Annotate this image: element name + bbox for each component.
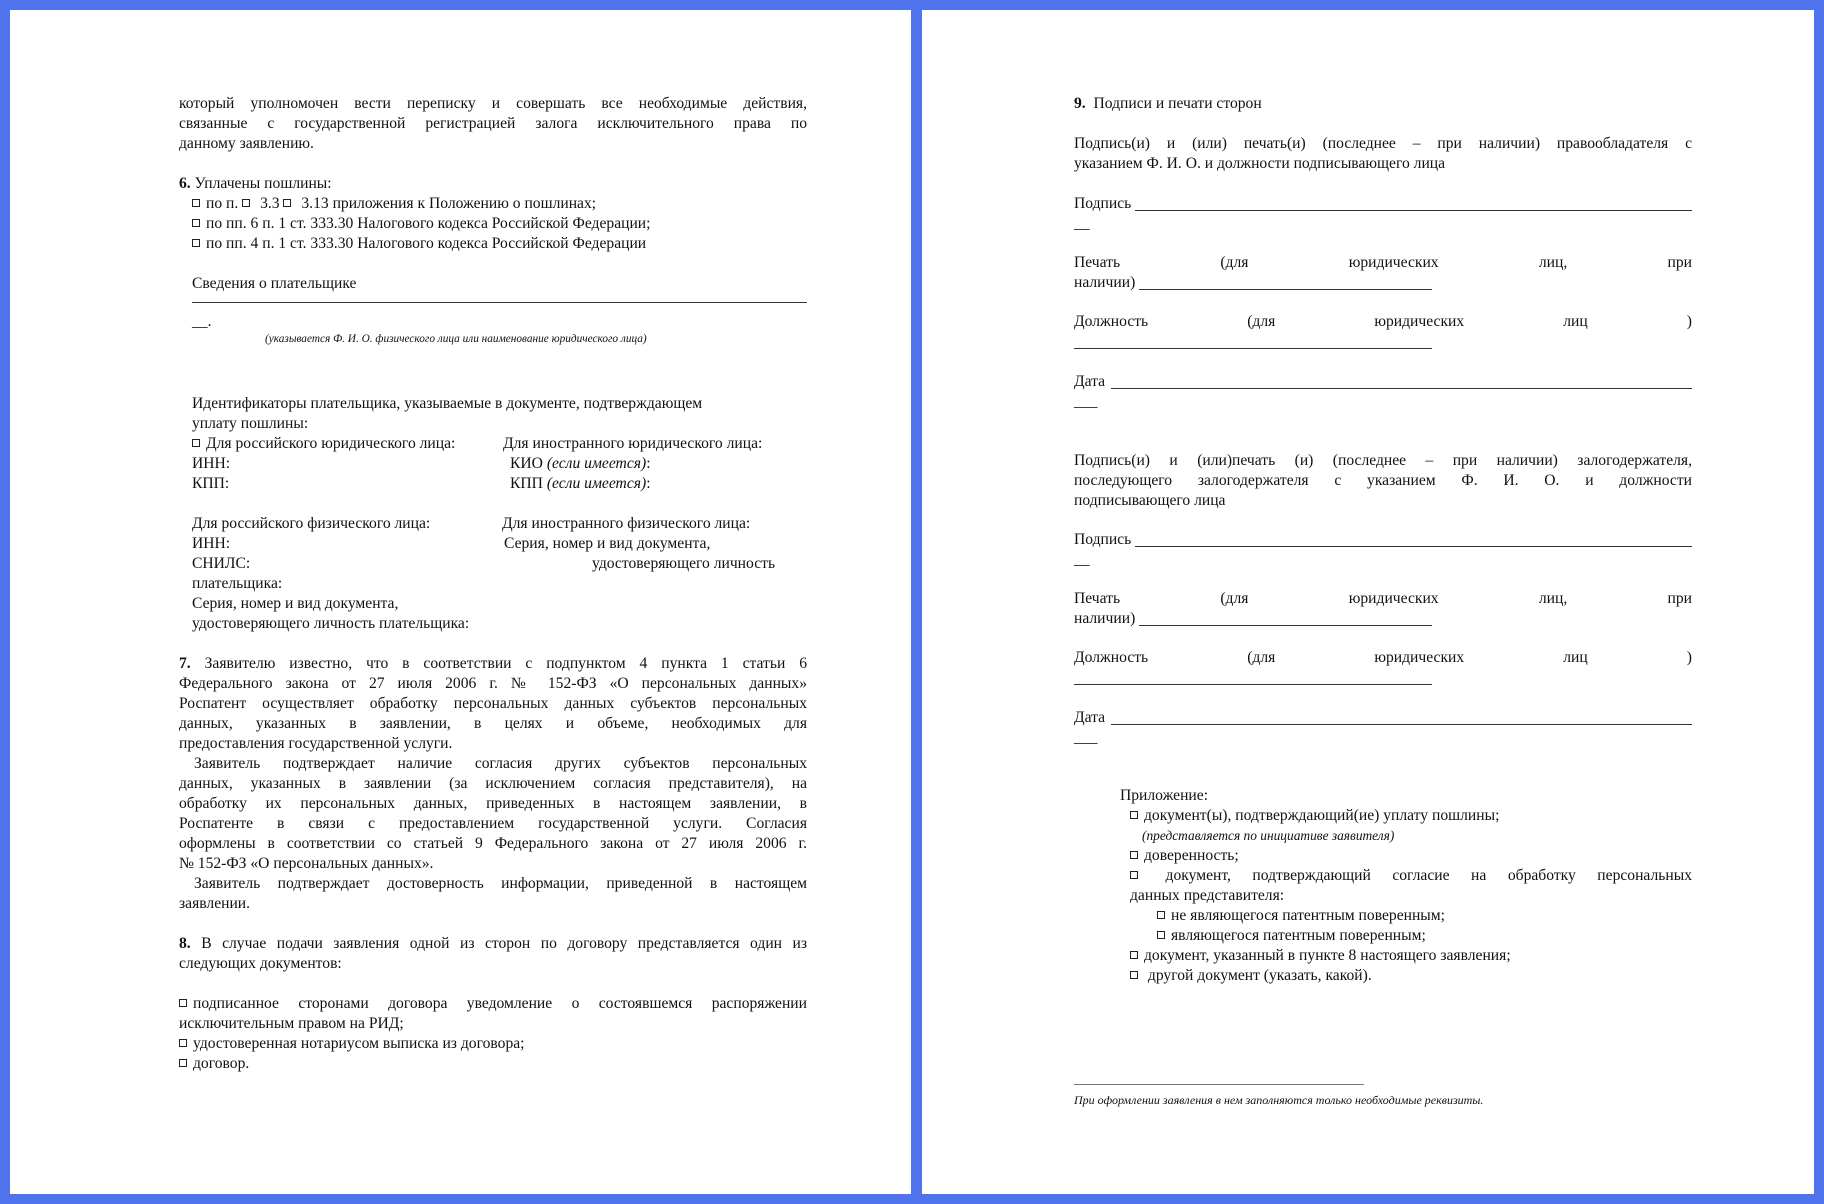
word: юридических [1374,312,1464,332]
checkbox[interactable] [283,199,291,207]
section7-line: данных, указанных в заявлении (за исключ… [179,774,807,794]
section8-item: удостоверенная нотариусом выписка из дог… [179,1034,525,1054]
intro-line: данному заявлению. [179,134,314,154]
section7-line: оформлены в соответствии со статьей 9 Фе… [179,834,807,854]
fee-item: по пп. 6 п. 1 ст. 333.30 Налогового коде… [192,214,651,234]
ru-person-title: Для российского физического лица: [192,514,430,534]
holder-signature-field[interactable] [1135,210,1692,211]
section7-line: Роспатент осуществляет обработку персона… [179,694,807,714]
ru-person-snils: СНИЛС: [192,554,250,574]
section8-item: договор. [179,1054,249,1074]
ru-person-payer: плательщика: [192,574,282,594]
holder-stamp-field[interactable] [1139,289,1432,290]
holder-intro: указанием Ф. И. О. и должности подписыва… [1074,154,1445,174]
attachment-text: документ, подтверждающий согласие на обр… [1166,867,1692,884]
section8-line: 8. В случае подачи заявления одной из ст… [179,934,807,954]
fee-item-text: 3.13 приложения к Положению о пошлинах; [297,195,596,212]
identifiers-intro: уплату пошлины: [192,414,308,434]
word: лиц [1563,648,1587,668]
pledgee-date-field[interactable] [1111,724,1692,725]
checkbox[interactable] [192,439,200,447]
checkbox[interactable] [1130,951,1138,959]
foreign-legal-kpp: КПП (если имеется): [510,474,651,494]
section9-title: Подписи и печати сторон [1094,95,1262,112]
fee-item-text: 3.3 [256,195,283,212]
pledgee-position-line: Должность (для юридических лиц ) [1074,648,1692,668]
section7-line: Федерального закона от 27 июля 2006 г. №… [179,674,807,694]
ru-legal-title-text: Для российского юридического лица: [206,435,455,452]
section7-line: № 152-ФЗ «О персональных данных». [179,854,433,874]
section7-line: Заявитель подтверждает наличие согласия … [194,754,807,774]
pledgee-date-tail: ___ [1074,728,1097,748]
foreign-person-title: Для иностранного физического лица: [502,514,750,534]
word: (для [1220,253,1248,273]
checkbox[interactable] [179,1039,187,1047]
pledgee-intro: подписывающего лица [1074,491,1225,511]
payer-info-label: Сведения о плательщике [192,274,356,294]
checkbox[interactable] [242,199,250,207]
pledgee-signature-tail: __ [1074,550,1090,570]
section8-number: 8. [179,935,191,952]
attachments-title: Приложение: [1120,786,1208,806]
attachment-note: (представляется по инициативе заявителя) [1142,826,1394,846]
section7-line: данных, указанных в заявлении, в целях и… [179,714,807,734]
field-suffix: : [646,475,650,492]
ru-person-inn: ИНН: [192,534,230,554]
foreign-legal-title: Для иностранного юридического лица: [503,434,762,454]
payer-name-tail: __. [192,312,212,332]
word: юридических [1349,589,1439,609]
attachment-subitem-text: являющегося патентным поверенным; [1171,927,1426,944]
section8-item-text: договор. [193,1055,249,1072]
checkbox[interactable] [1130,871,1138,879]
attachment-item: документ(ы), подтверждающий(ие) уплату п… [1130,806,1499,826]
payer-hint: (указывается Ф. И. О. физического лица и… [265,332,647,346]
pledgee-signature-field[interactable] [1135,546,1692,547]
word: лиц, [1539,589,1567,609]
holder-intro: Подпись(и) и (или) печать(и) (последнее … [1074,134,1692,154]
holder-position-line: Должность (для юридических лиц ) [1074,312,1692,332]
word: Печать [1074,589,1120,609]
field-note: (если имеется) [547,475,646,492]
section7-line: Роспатенте в связи с предоставлением гос… [179,814,807,834]
ru-person-doc: Серия, номер и вид документа, [192,594,398,614]
checkbox[interactable] [1130,851,1138,859]
word: при [1668,589,1693,609]
checkbox[interactable] [1130,811,1138,819]
section7-line: предоставления государственной услуги. [179,734,452,754]
section7-line: Заявитель подтверждает достоверность инф… [194,874,807,894]
fee-item-text: по пп. 6 п. 1 ст. 333.30 Налогового коде… [206,215,651,232]
checkbox[interactable] [1130,971,1138,979]
section7-number: 7. [179,655,191,672]
foreign-person-doc: Серия, номер и вид документа, [504,534,710,554]
word: юридических [1374,648,1464,668]
fee-item: по п. 3.3 3.13 приложения к Положению о … [192,194,596,214]
footnote-separator [1074,1084,1364,1085]
section8-text: В случае подачи заявления одной из сторо… [201,935,807,952]
checkbox[interactable] [179,999,187,1007]
holder-signature-label: Подпись [1074,194,1131,214]
word: (для [1220,589,1248,609]
section7-text: Заявителю известно, что в соответствии с… [205,655,807,672]
word: (для [1247,648,1275,668]
field-note: (если имеется) [547,455,646,472]
attachment-item: другой документ (указать, какой). [1130,966,1372,986]
attachment-item: доверенность; [1130,846,1239,866]
attachment-text: документ, указанный в пункте 8 настоящег… [1144,947,1511,964]
checkbox[interactable] [1157,911,1165,919]
word: (для [1247,312,1275,332]
foreign-person-doc: удостоверяющего личность [592,554,775,574]
pledgee-stamp-line: Печать (для юридических лиц, при [1074,589,1692,609]
ru-legal-title: Для российского юридического лица: [192,434,455,454]
word: ) [1687,312,1692,332]
word: лиц [1563,312,1587,332]
holder-stamp-label2: наличии) [1074,273,1135,293]
section8-item-text: удостоверенная нотариусом выписка из дог… [193,1035,525,1052]
fee-item-text: по п. [206,195,242,212]
pledgee-position-field[interactable] [1074,684,1432,685]
pledgee-stamp-field[interactable] [1139,625,1432,626]
section7-line: 7. Заявителю известно, что в соответстви… [179,654,807,674]
holder-date-label: Дата [1074,372,1105,392]
attachment-subitem: не являющегося патентным поверенным; [1157,906,1445,926]
attachment-item-cont: данных представителя: [1130,886,1284,906]
holder-date-tail: ___ [1074,392,1097,412]
attachment-item: документ, подтверждающий согласие на обр… [1130,866,1692,886]
word: Печать [1074,253,1120,273]
word: при [1668,253,1693,273]
section6-number: 6. [179,175,191,192]
intro-line: который уполномочен вести переписку и со… [179,94,807,114]
holder-signature-tail: __ [1074,214,1090,234]
section8-item-text: подписанное сторонами договора уведомлен… [193,995,807,1012]
document-page-right: 9. Подписи и печати сторон Подпись(и) и … [922,10,1814,1194]
section7-line: обработку их персональных данных, привед… [179,794,807,814]
attachment-subitem: являющегося патентным поверенным; [1157,926,1426,946]
section8-item-cont: исключительным правом на РИД; [179,1014,404,1034]
word: юридических [1349,253,1439,273]
attachment-text: документ(ы), подтверждающий(ие) уплату п… [1144,807,1499,824]
ru-person-doc: удостоверяющего личность плательщика: [192,614,469,634]
pledgee-signature-label: Подпись [1074,530,1131,550]
word: Должность [1074,312,1148,332]
section9-number: 9. [1074,95,1086,112]
payer-name-field[interactable] [192,302,807,303]
ru-legal-kpp: КПП: [192,474,229,494]
pledgee-stamp-label2: наличии) [1074,609,1135,629]
section8-line: следующих документов: [179,954,342,974]
intro-line: связанные с государственной регистрацией… [179,114,807,134]
section6-heading: 6. Уплачены пошлины: [179,174,332,194]
checkbox[interactable] [192,219,200,227]
pledgee-intro: Подпись(и) и (или)печать (и) (последнее … [1074,451,1692,471]
holder-date-field[interactable] [1111,388,1692,389]
word: ) [1687,648,1692,668]
footnote: При оформлении заявления в нем заполняют… [1074,1092,1483,1108]
pledgee-intro: последующего залогодержателя с указанием… [1074,471,1692,491]
holder-stamp-line: Печать (для юридических лиц, при [1074,253,1692,273]
field-label: КИО [510,455,543,472]
attachment-text: другой документ (указать, какой). [1144,967,1372,984]
attachment-subitem-text: не являющегося патентным поверенным; [1171,907,1445,924]
checkbox[interactable] [192,239,200,247]
fee-item-text: по пп. 4 п. 1 ст. 333.30 Налогового коде… [206,235,646,252]
word: лиц, [1539,253,1567,273]
checkbox[interactable] [192,199,200,207]
checkbox[interactable] [179,1059,187,1067]
pledgee-date-label: Дата [1074,708,1105,728]
section8-item: подписанное сторонами договора уведомлен… [179,994,807,1014]
ru-legal-inn: ИНН: [192,454,230,474]
checkbox[interactable] [1157,931,1165,939]
field-label: КПП [510,475,543,492]
foreign-legal-kio: КИО (если имеется): [510,454,651,474]
attachment-text: доверенность; [1144,847,1239,864]
attachment-item: документ, указанный в пункте 8 настоящег… [1130,946,1511,966]
fee-item: по пп. 4 п. 1 ст. 333.30 Налогового коде… [192,234,646,254]
holder-position-field[interactable] [1074,348,1432,349]
word: Должность [1074,648,1148,668]
field-suffix: : [646,455,650,472]
identifiers-intro: Идентификаторы плательщика, указываемые … [192,394,702,414]
document-page-left: который уполномочен вести переписку и со… [10,10,911,1194]
section9-heading: 9. Подписи и печати сторон [1074,94,1262,114]
section7-line: заявлении. [179,894,250,914]
section6-title: Уплачены пошлины: [195,175,332,192]
